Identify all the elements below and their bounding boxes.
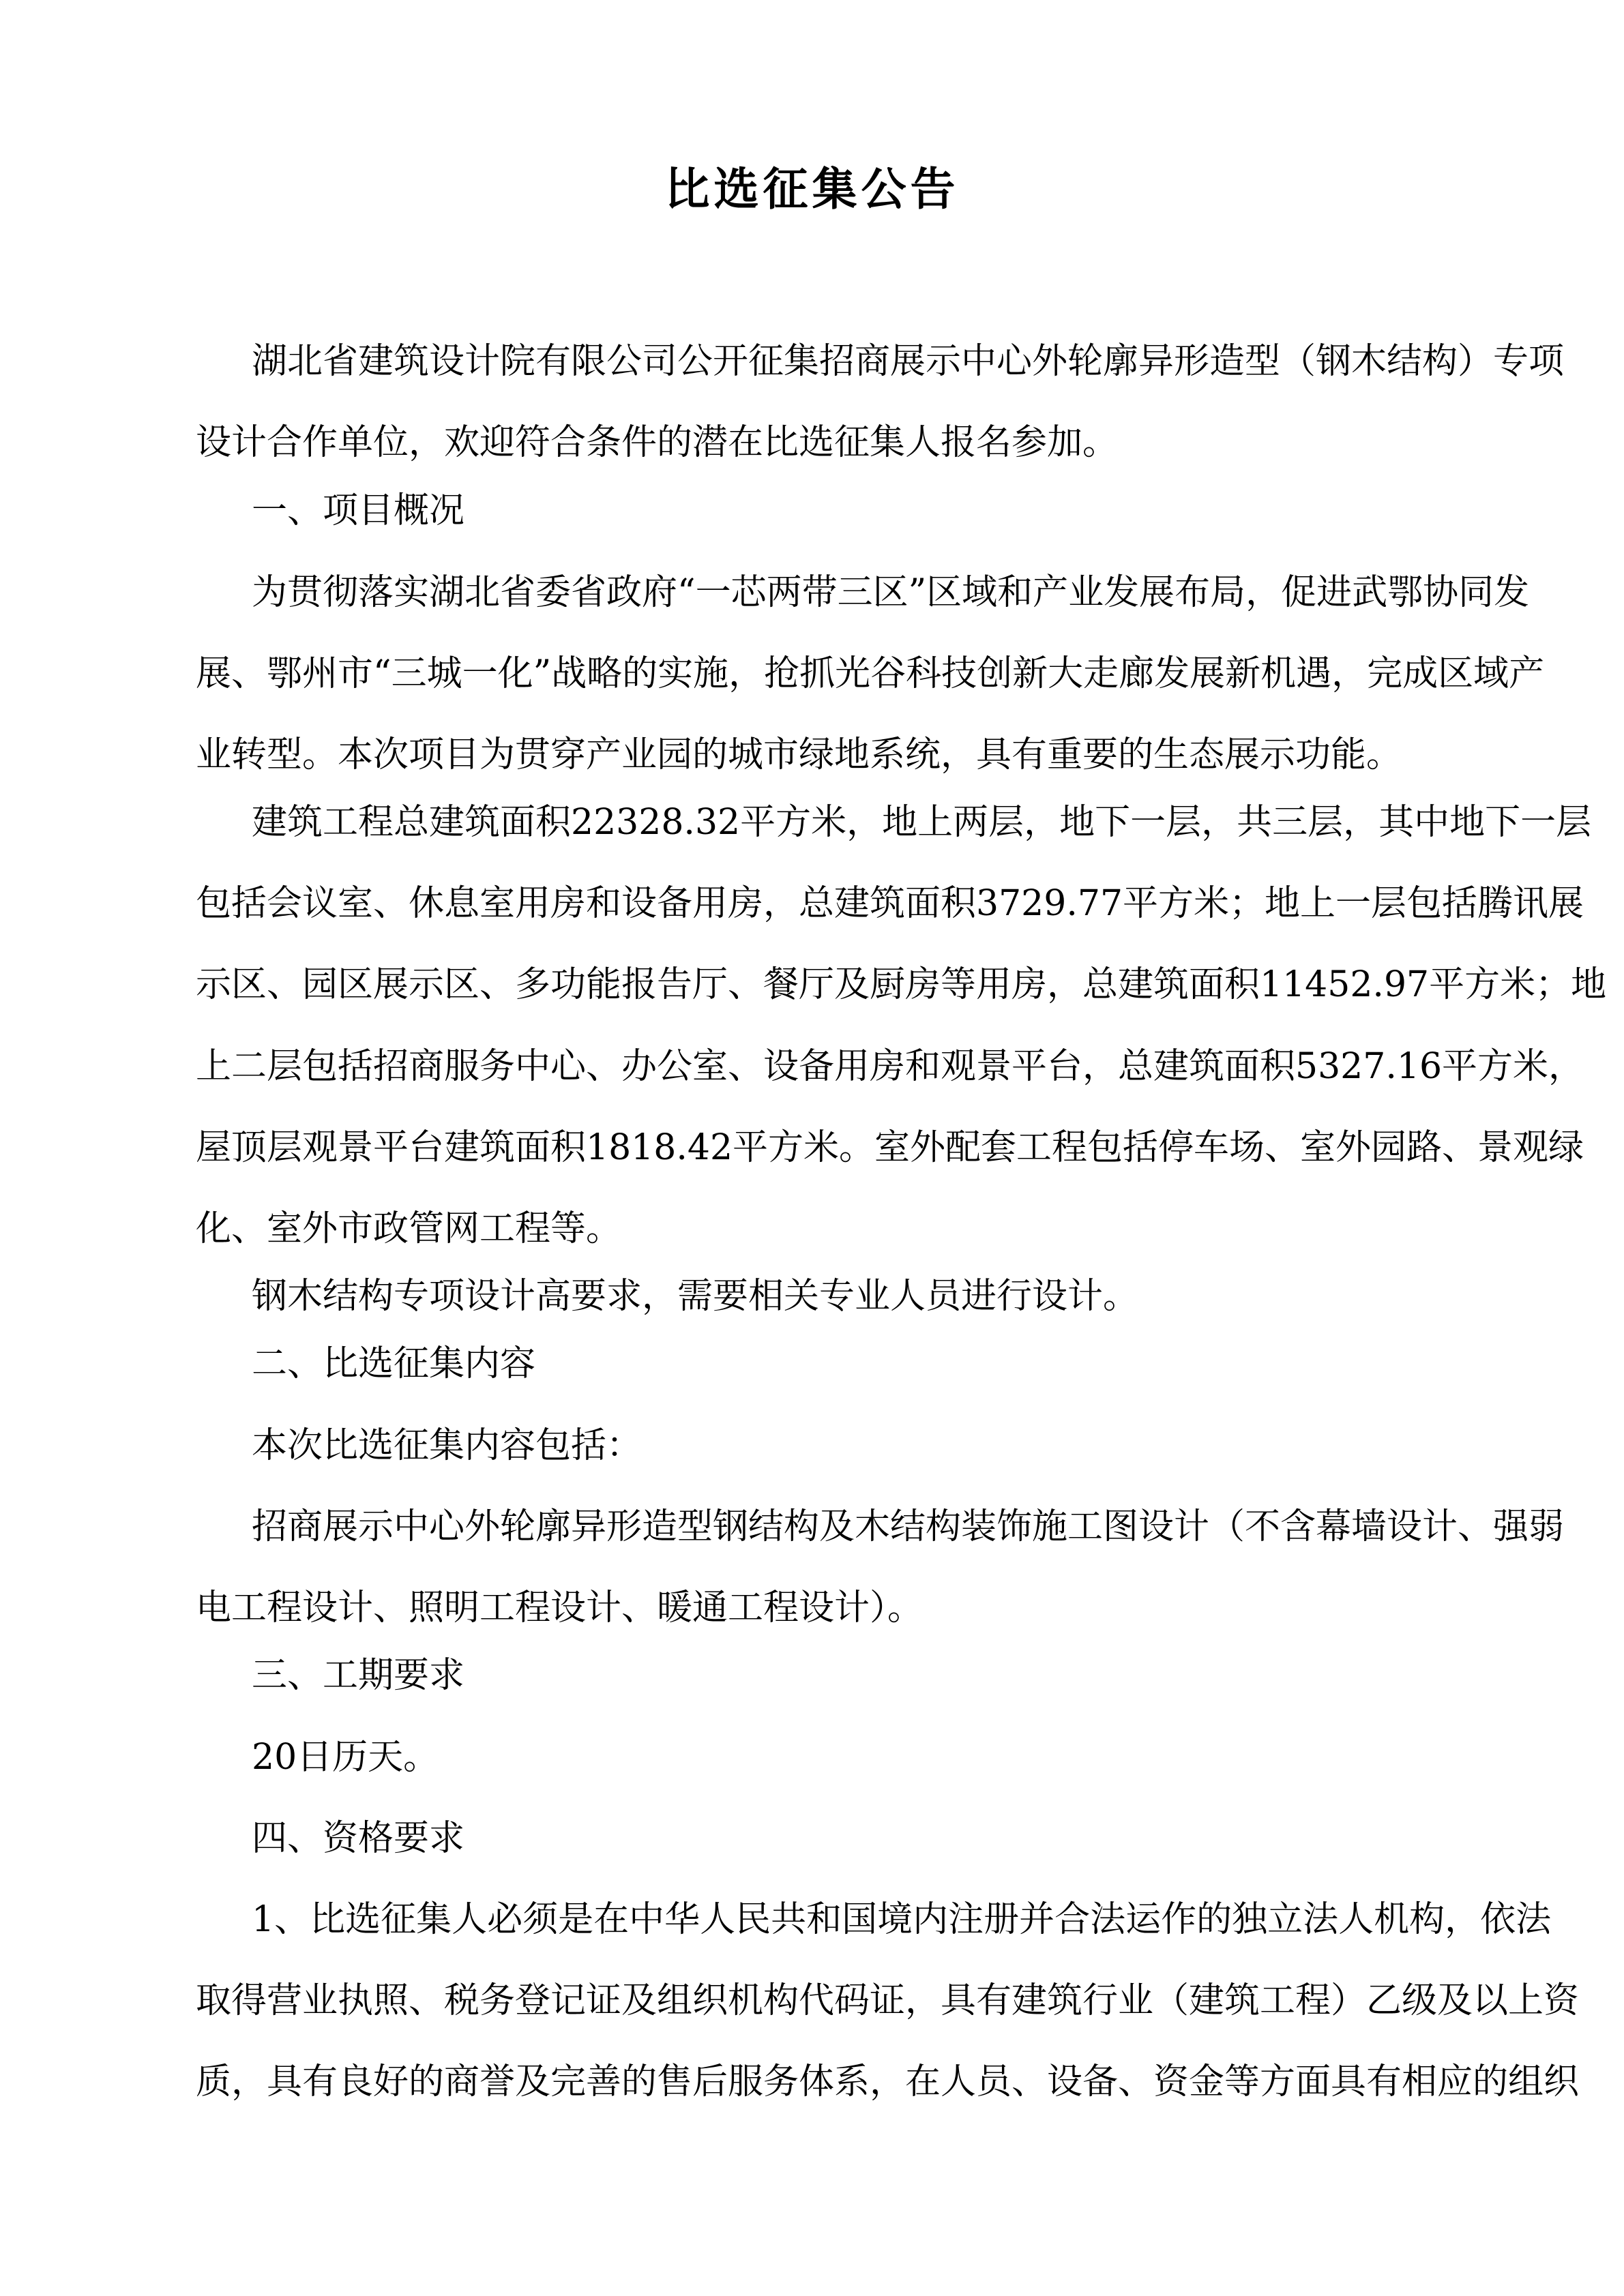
paragraph-line: 上二层包括招商服务中心、办公室、设备用房和观景平台，总建筑面积5327.16平方… <box>196 1043 1468 1090</box>
intro-line-1: 湖北省建筑设计院有限公司公开征集招商展示中心外轮廓异形造型（钢木结构）专项 <box>252 338 1468 385</box>
paragraph-line: 质，具有良好的商誉及完善的售后服务体系，在人员、设备、资金等方面具有相应的组织 <box>196 2058 1468 2106</box>
section-heading-project-overview: 一、项目概况 <box>252 487 464 535</box>
paragraph-line: 20日历天。 <box>252 1733 1468 1781</box>
section-heading-content: 二、比选征集内容 <box>252 1340 535 1388</box>
paragraph-line: 钢木结构专项设计高要求，需要相关专业人员进行设计。 <box>252 1272 1468 1320</box>
paragraph-line: 取得营业执照、税务登记证及组织机构代码证，具有建筑行业（建筑工程）乙级及以上资 <box>196 1977 1468 2025</box>
document-page: 比选征集公告 湖北省建筑设计院有限公司公开征集招商展示中心外轮廓异形造型（钢木结… <box>0 0 1624 2296</box>
paragraph-line: 屋顶层观景平台建筑面积1818.42平方米。室外配套工程包括停车场、室外园路、景… <box>196 1124 1468 1172</box>
paragraph-line: 为贯彻落实湖北省委省政府“一芯两带三区”区域和产业发展布局，促进武鄂协同发 <box>252 569 1468 616</box>
paragraph-line: 业转型。本次项目为贯穿产业园的城市绿地系统，具有重要的生态展示功能。 <box>196 731 1468 779</box>
paragraph-line: 本次比选征集内容包括： <box>252 1422 1468 1470</box>
paragraph-line: 电工程设计、照明工程设计、暖通工程设计）。 <box>196 1584 1468 1632</box>
section-heading-schedule: 三、工期要求 <box>252 1652 464 1699</box>
paragraph-line: 展、鄂州市“三城一化”战略的实施，抢抓光谷科技创新大走廊发展新机遇，完成区域产 <box>196 650 1468 698</box>
paragraph-line: 1、比选征集人必须是在中华人民共和国境内注册并合法运作的独立法人机构，依法 <box>252 1896 1468 1943</box>
paragraph-line: 示区、园区展示区、多功能报告厅、餐厅及厨房等用房，总建筑面积11452.97平方… <box>196 961 1468 1009</box>
paragraph-line: 包括会议室、休息室用房和设备用房，总建筑面积3729.77平方米；地上一层包括腾… <box>196 880 1468 927</box>
intro-line-2: 设计合作单位，欢迎符合条件的潜在比选征集人报名参加。 <box>196 419 1468 466</box>
document-title: 比选征集公告 <box>0 158 1624 220</box>
paragraph-line: 化、室外市政管网工程等。 <box>196 1205 1468 1253</box>
section-heading-qualification: 四、资格要求 <box>252 1815 464 1862</box>
paragraph-line: 建筑工程总建筑面积22328.32平方米，地上两层，地下一层，共三层，其中地下一… <box>252 799 1468 846</box>
paragraph-line: 招商展示中心外轮廓异形造型钢结构及木结构装饰施工图设计（不含幕墙设计、强弱 <box>252 1503 1468 1551</box>
